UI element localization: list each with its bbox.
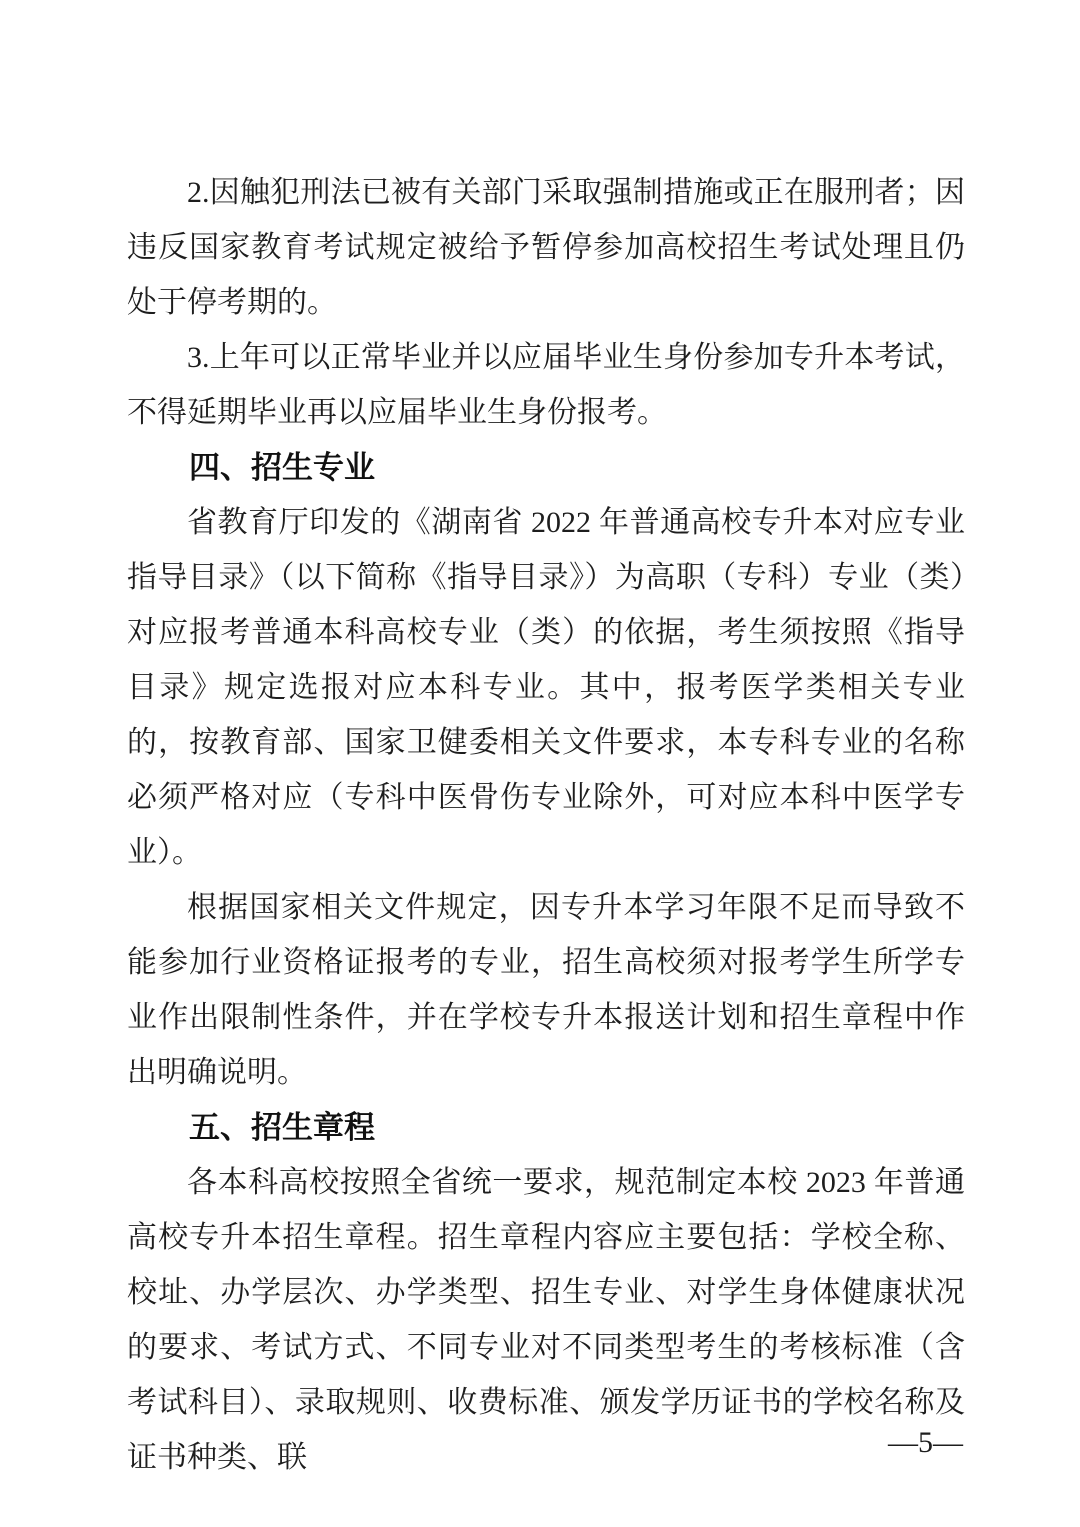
section-heading-enrollment-charter: 五、招生章程 (127, 1100, 965, 1155)
paragraph-restriction-conditions: 根据国家相关文件规定，因专升本学习年限不足而导致不能参加行业资格证报考的专业，招… (127, 880, 965, 1100)
section-heading-enrollment-majors: 四、招生专业 (127, 440, 965, 495)
list-item-2: 2.因触犯刑法已被有关部门采取强制措施或正在服刑者；因违反国家教育考试规定被给予… (127, 165, 965, 330)
paragraph-charter-contents: 各本科高校按照全省统一要求，规范制定本校 2023 年普通高校专升本招生章程。招… (127, 1155, 965, 1485)
paragraph-guidance-catalog: 省教育厅印发的《湖南省 2022 年普通高校专升本对应专业指导目录》（以下简称《… (127, 495, 965, 880)
document-page: 2.因触犯刑法已被有关部门采取强制措施或正在服刑者；因违反国家教育考试规定被给予… (0, 0, 1080, 1527)
list-item-3: 3.上年可以正常毕业并以应届毕业生身份参加专升本考试，不得延期毕业再以应届毕业生… (127, 330, 965, 440)
document-body: 2.因触犯刑法已被有关部门采取强制措施或正在服刑者；因违反国家教育考试规定被给予… (127, 165, 965, 1485)
page-number: —5— (888, 1415, 963, 1470)
